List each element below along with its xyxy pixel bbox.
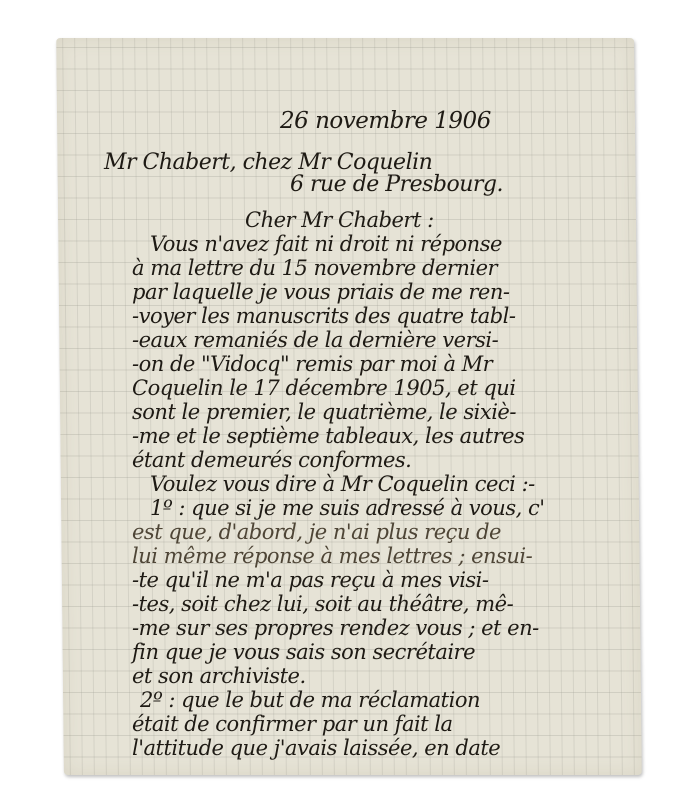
body-line: fin que je vous sais son secrétaire: [132, 640, 475, 664]
body-line: lui même réponse à mes lettres ; ensui-: [132, 544, 532, 568]
letter-date: 26 novembre 1906: [280, 108, 491, 134]
salutation: Cher Mr Chabert :: [245, 208, 434, 232]
body-line: par laquelle je vous priais de me ren-: [132, 280, 509, 304]
body-line: étant demeurés conformes.: [132, 448, 411, 472]
body-line: et son archiviste.: [132, 664, 306, 688]
body-line: -me et le septième tableaux, les autres: [132, 424, 524, 448]
body-line: est que, d'abord, je n'ai plus reçu de: [132, 520, 501, 544]
body-line: sont le premier, le quatrième, le sixiè-: [132, 400, 516, 424]
body-line: -tes, soit chez lui, soit au théâtre, mê…: [132, 592, 513, 616]
body-line: Vous n'avez fait ni droit ni réponse: [150, 232, 502, 256]
body-line: était de confirmer par un fait la: [132, 712, 453, 736]
body-line: Voulez vous dire à Mr Coquelin ceci :-: [150, 472, 535, 496]
body-line: -eaux remaniés de la dernière versi-: [132, 328, 498, 352]
body-line: 2º : que le but de ma réclamation: [140, 688, 480, 712]
body-line: Coquelin le 17 décembre 1905, et qui: [132, 376, 516, 400]
body-line: -me sur ses propres rendez vous ; et en-: [132, 616, 539, 640]
address-line-2: 6 rue de Presbourg.: [290, 172, 503, 197]
body-line: -voyer les manuscrits des quatre tabl-: [132, 304, 515, 328]
body-line: l'attitude que j'avais laissée, en date: [132, 736, 500, 760]
body-line: -on de "Vidocq" remis par moi à Mr: [132, 352, 492, 376]
body-line: à ma lettre du 15 novembre dernier: [132, 256, 497, 280]
body-line: -te qu'il ne m'a pas reçu à mes visi-: [132, 568, 489, 592]
body-line: 1º : que si je me suis adressé à vous, c…: [150, 496, 544, 520]
